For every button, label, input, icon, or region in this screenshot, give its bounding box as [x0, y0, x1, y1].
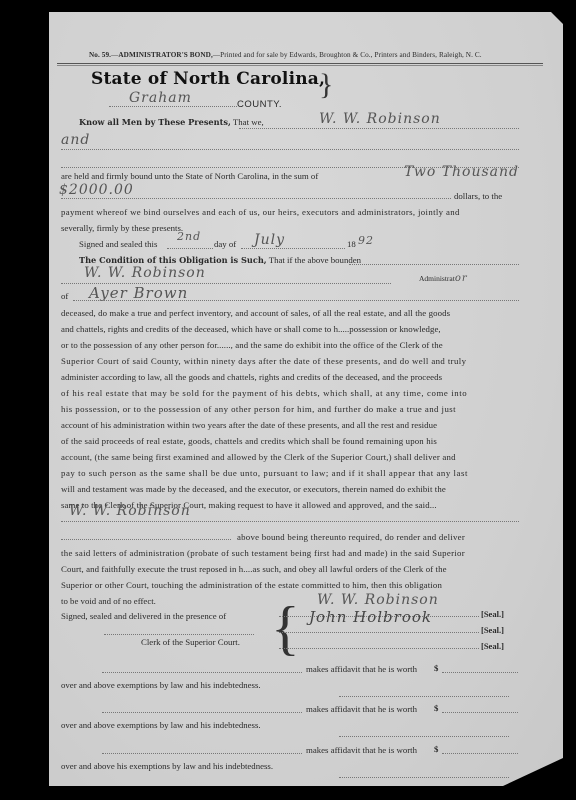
bond-document-page: No. 59.—ADMINISTRATOR'S BOND,—Printed an… — [49, 12, 563, 786]
year-prefix: 18 — [347, 240, 356, 249]
form-title: ADMINISTRATOR'S BOND, — [118, 51, 213, 59]
affidavit-name-line — [102, 672, 302, 673]
affidavit-amount-line — [442, 712, 518, 713]
affidavit-name-line — [102, 753, 302, 754]
affidavit-over: over and above his exemptions by law and… — [61, 762, 273, 771]
seal-label: [Seal.] — [481, 641, 504, 651]
principal-line — [239, 128, 519, 129]
body-line: to be void and of no effect. — [61, 597, 156, 606]
above-bound-line — [61, 539, 231, 540]
affidavit-dollar: $ — [434, 745, 438, 754]
year-value: 92 — [358, 234, 374, 247]
administrat-text: Administrat — [419, 274, 455, 283]
condition-heading: The Condition of this Obligation is Such… — [79, 255, 267, 265]
affidavit-text: makes affidavit that he is worth — [306, 665, 417, 674]
body-line: deceased, do make a true and perfect inv… — [61, 309, 450, 318]
signed-sealed-label: Signed and sealed this — [79, 239, 157, 249]
affidavit-signature-line — [339, 777, 509, 778]
that-we: That we, — [233, 117, 264, 127]
body-line: above bound being thereunto required, do… — [237, 533, 465, 542]
severally-line: severally, firmly by these presents. — [61, 224, 183, 233]
know-all-men: Know all Men by These Presents, — [79, 117, 231, 127]
clerk-label: Clerk of the Superior Court. — [141, 638, 240, 647]
and-line: and — [61, 132, 90, 148]
payment-line: payment whereof we bind ourselves and ea… — [61, 208, 460, 217]
signature-line — [279, 648, 479, 649]
signature-line — [279, 632, 479, 633]
seal-label: [Seal.] — [481, 609, 504, 619]
county-value: Graham — [129, 90, 192, 106]
body-line: Court, and faithfully execute the trust … — [61, 565, 447, 574]
held-bound-text: are held and firmly bound unto the State… — [61, 172, 318, 181]
body-line: the said letters of administration (prob… — [61, 549, 465, 558]
month-line — [241, 248, 345, 249]
header-rule-2 — [57, 65, 543, 66]
bounden-line-1 — [349, 264, 519, 265]
administrat-suffix: or — [455, 273, 468, 284]
affidavit-over: over and above exemptions by law and his… — [61, 721, 261, 730]
printer-credit: Printed and for sale by Edwards, Brought… — [220, 51, 482, 59]
body-line: or to the possession of any other person… — [61, 341, 443, 350]
sum-line — [61, 198, 451, 199]
condition-text: That if the above bounden — [269, 255, 361, 265]
day-value: 2nd — [177, 230, 201, 243]
page-corner-fold-bottom — [503, 758, 563, 786]
principal-name: W. W. Robinson — [319, 111, 441, 127]
affidavit-signature-line — [339, 736, 509, 737]
signature-brace: { — [271, 598, 300, 658]
day-of-label: day of — [214, 240, 236, 249]
seal-label: [Seal.] — [481, 625, 504, 635]
state-title: State of North Carolina, — [91, 69, 325, 89]
body-line: account, (the same being first examined … — [61, 453, 456, 462]
body-line: Superior or other Court, touching the ad… — [61, 581, 442, 590]
affidavit-dollar: $ — [434, 664, 438, 673]
body-line: and chattels, rights and credits of the … — [61, 325, 441, 334]
body-line: of his real estate that may be sold for … — [61, 389, 467, 398]
body-line: administer according to law, all the goo… — [61, 373, 442, 382]
body-line: of the said proceeds of real estate, goo… — [61, 437, 437, 446]
county-label: COUNTY. — [237, 99, 282, 110]
said-line — [61, 521, 519, 522]
page-corner-fold — [551, 12, 563, 24]
affidavit-dollar: $ — [434, 704, 438, 713]
form-number: No. 59. — [89, 51, 111, 59]
signature-name: W. W. Robinson — [317, 592, 439, 608]
signed-sealed-line: Signed and sealed this — [79, 240, 157, 249]
body-line: account of his administration within two… — [61, 421, 437, 430]
affidavit-over: over and above exemptions by law and his… — [61, 681, 261, 690]
sum-figures: $2000.00 — [59, 182, 134, 198]
clerk-signature-line — [104, 634, 254, 635]
affidavit-text: makes affidavit that he is worth — [306, 746, 417, 755]
header-rule — [57, 63, 543, 64]
body-line: pay to such person as the same shall be … — [61, 469, 468, 478]
affidavit-amount-line — [442, 753, 518, 754]
affidavit-text: makes affidavit that he is worth — [306, 705, 417, 714]
printer-line: No. 59.—ADMINISTRATOR'S BOND,—Printed an… — [89, 51, 482, 59]
county-brace: } — [319, 68, 333, 102]
affidavit-name-line — [102, 712, 302, 713]
signed-presence-label: Signed, sealed and delivered in the pres… — [61, 612, 226, 621]
of-label: of — [61, 292, 68, 301]
know-all-men-line: Know all Men by These Presents, That we, — [79, 118, 264, 127]
sum-words: Two Thousand — [404, 164, 519, 180]
county-line — [109, 106, 237, 107]
affidavit-signature-line — [339, 696, 509, 697]
body-line: will and testament was made by the decea… — [61, 485, 446, 494]
administrat-label: Administrator — [419, 274, 468, 284]
body-line: his possession, or to the possession of … — [61, 405, 456, 414]
deceased-line — [73, 300, 519, 301]
month-value: July — [254, 232, 285, 248]
affidavit-amount-line — [442, 672, 518, 673]
surety-line-1 — [61, 149, 519, 150]
bounden-name: W. W. Robinson — [84, 265, 206, 281]
dollars-to-the: dollars, to the — [454, 192, 502, 201]
day-line — [167, 248, 213, 249]
body-line: Superior Court of said County, within ni… — [61, 357, 466, 366]
said-name: W. W. Robinson — [69, 503, 191, 519]
condition-line: The Condition of this Obligation is Such… — [79, 256, 361, 265]
signature-name: John Holbrook — [309, 608, 432, 626]
